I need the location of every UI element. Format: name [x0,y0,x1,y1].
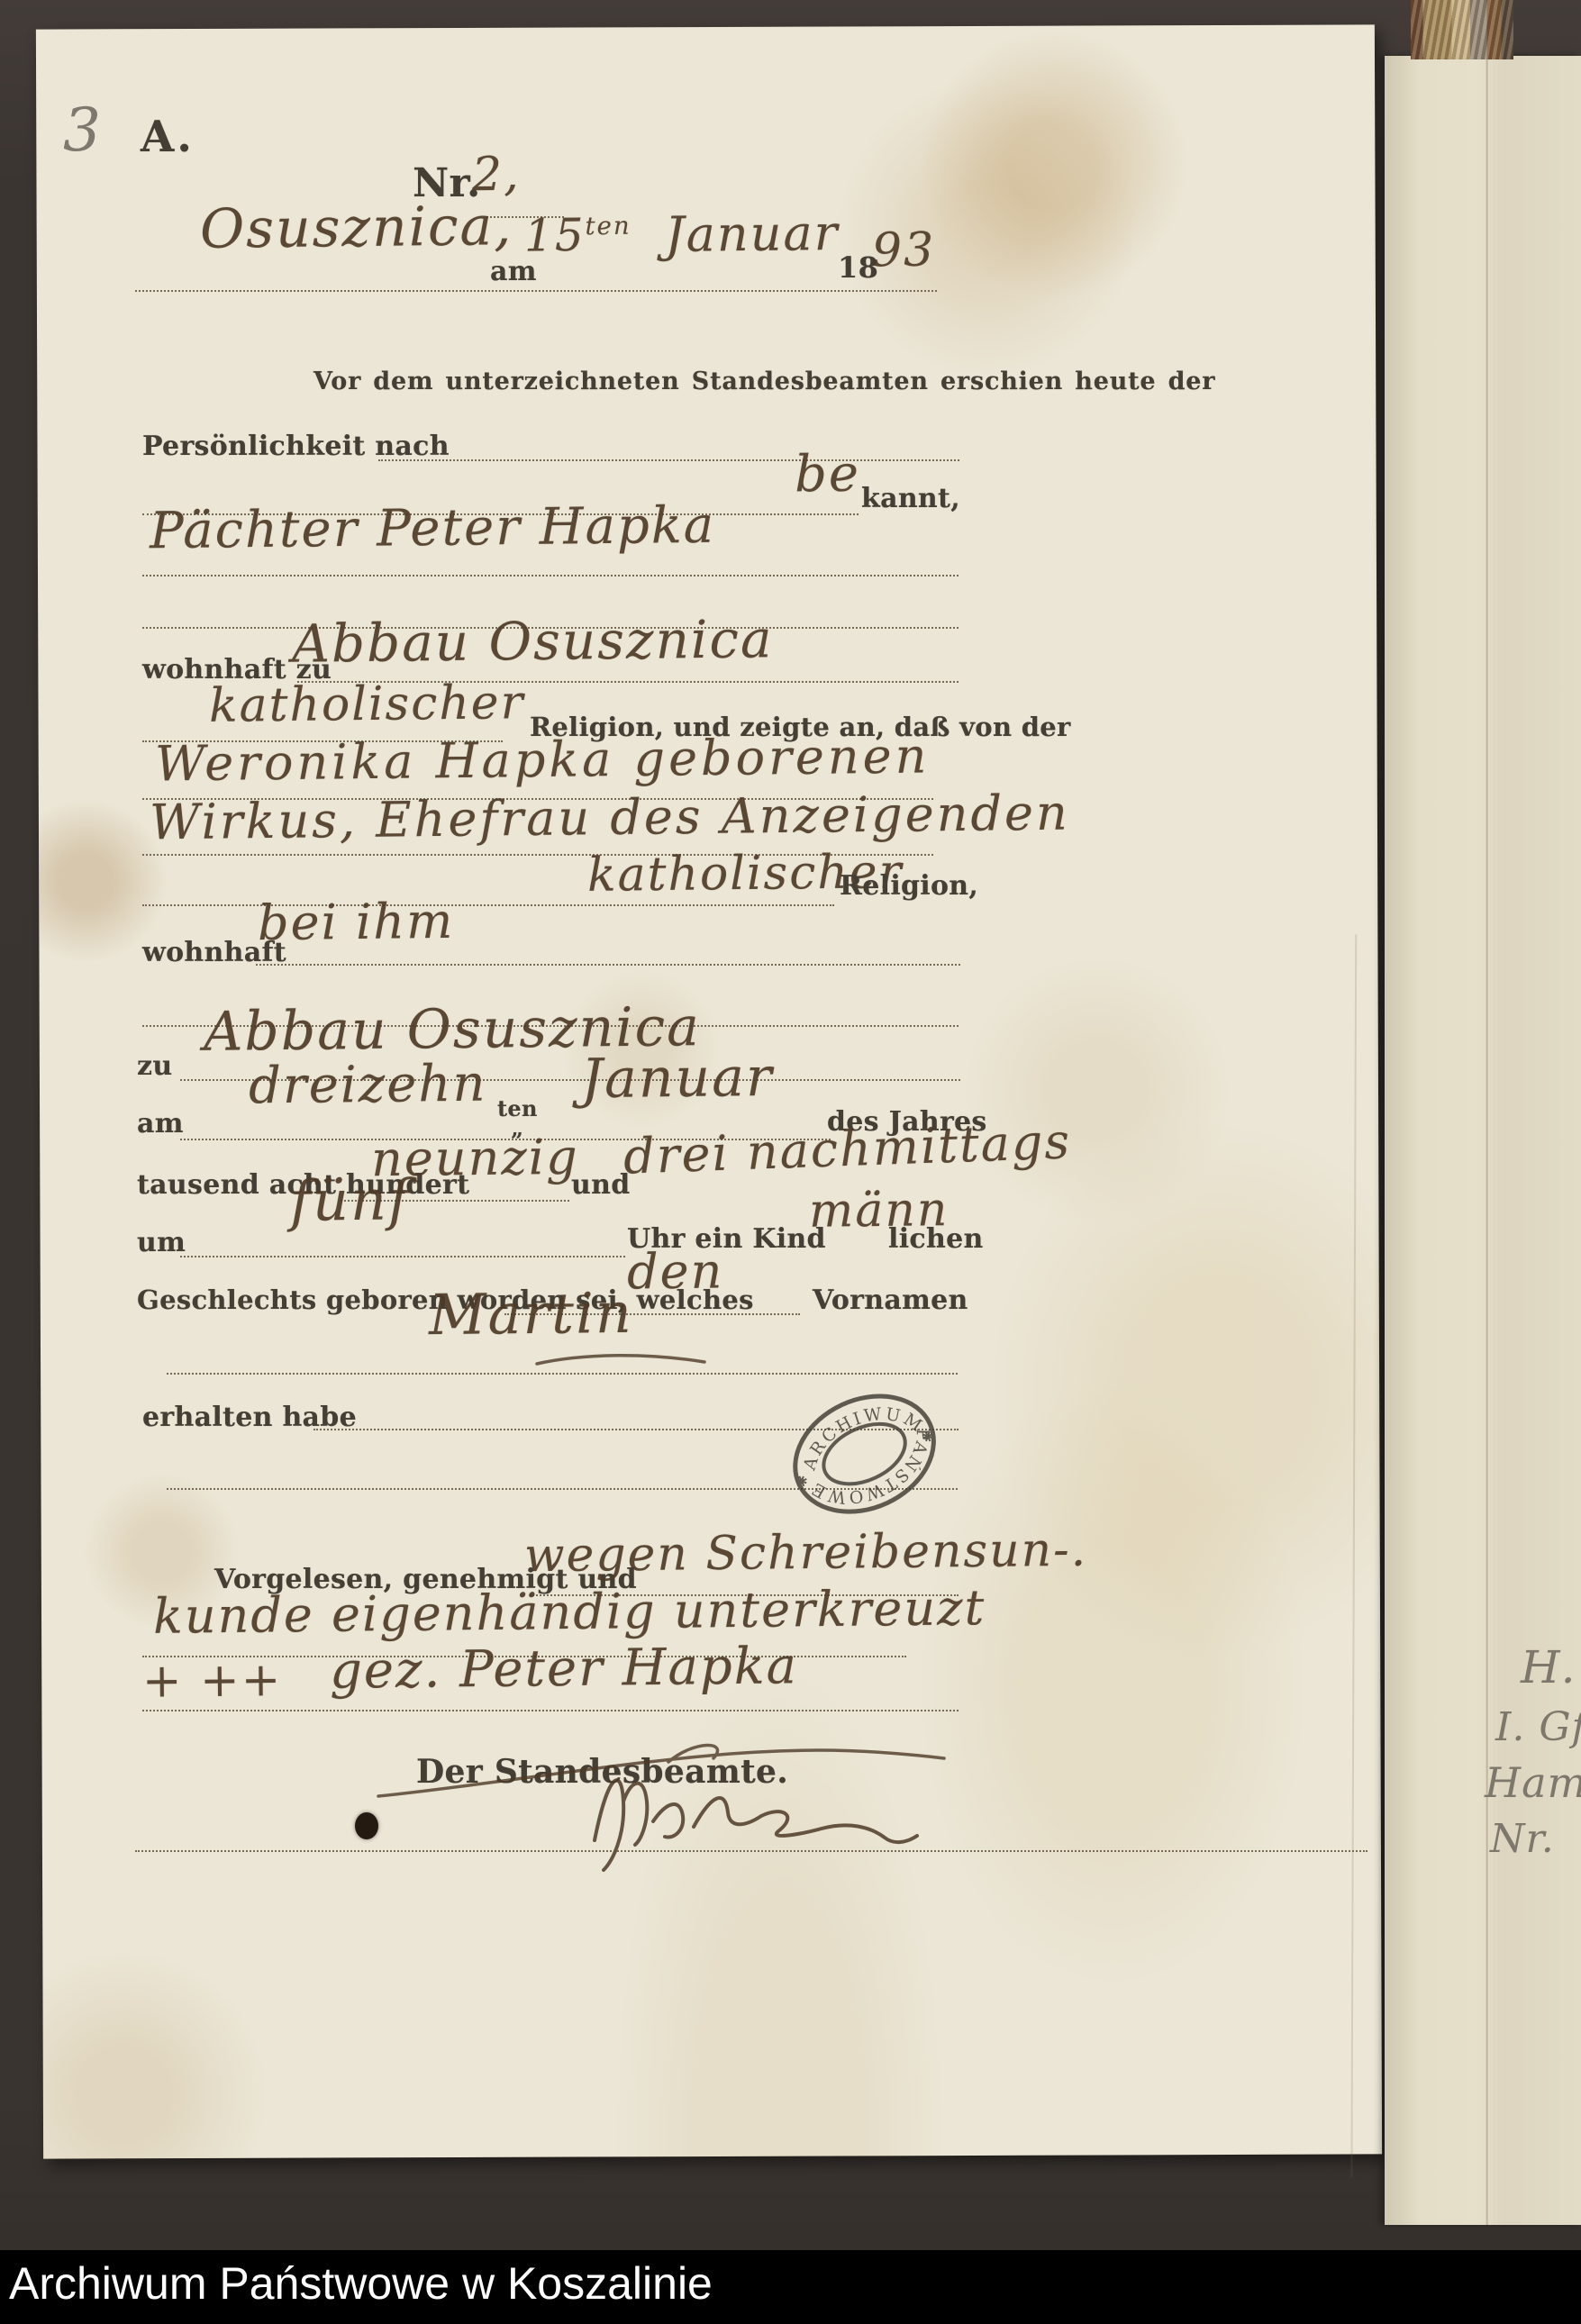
margin-note-4: Nr. [1490,1816,1555,1862]
declarant-name-handwritten: Pächter Peter Hapka [150,496,716,561]
ink-punch-dot [355,1812,378,1839]
hour-handwritten: fünf [290,1167,412,1233]
archive-caption-text: Archiwum Państwowe w Koszalinie [9,2257,713,2310]
den-handwritten: den [627,1242,724,1300]
registrar-signature [568,1755,964,1872]
bei-ihm-handwritten: bei ihm [258,893,455,951]
dotted-line [378,459,959,461]
book-binding-fragment [1411,0,1513,59]
closing-hw-line1: wegen Schreibensun-. [524,1523,1088,1584]
illiterate-crosses-handwritten: + ++ [142,1653,283,1709]
dotted-line [142,904,834,906]
closing-hw-line2: kunde eigenhändig unterkreuzt [153,1579,986,1645]
date-day-handwritten: 15ten [524,208,631,261]
record-number-value-handwritten: 2, [472,148,521,203]
margin-note-1: H. [1521,1641,1576,1693]
margin-note-2: I. Gf [1495,1704,1581,1750]
religion1-handwritten: katholischer [209,676,525,733]
um-label: um [137,1227,186,1258]
birth-month-handwritten: Januar [581,1046,774,1111]
form-letter-a: A. [141,112,195,162]
child-name-handwritten: Martin [429,1280,634,1348]
dotted-line [256,964,960,966]
mother-maiden-handwritten: Wirkus, Ehefrau des Anzeigenden [150,785,1070,851]
place-handwritten: Osusznica, [200,195,513,261]
dotted-line [142,575,959,576]
residence-handwritten: Abbau Osusznica [292,608,774,675]
date-month-handwritten: Januar [665,204,840,263]
mother-name-handwritten: Weronika Hapka geborenen [155,727,931,792]
child-name-underline-stroke [532,1349,712,1371]
dotted-line [135,290,937,292]
am2-label: am [137,1108,184,1139]
intro-line: Vor dem unterzeichneten Standesbeamten e… [313,368,1215,395]
persoenlichkeit-label: Persönlichkeit nach [142,431,450,462]
dotted-line [180,1256,625,1257]
gender-suffix-label: lichen [888,1223,984,1255]
day-number: 15 [524,209,586,262]
dotted-line [167,1373,958,1375]
dotted-line [135,1850,1367,1852]
gez-name-handwritten: gez. Peter Hapka [330,1637,799,1700]
birth-day-handwritten: dreizehn [249,1055,487,1116]
vornamen-label: Vornamen [813,1285,968,1316]
archive-caption-bar: Archiwum Państwowe w Koszalinie [0,2250,1581,2324]
und-label: und [571,1169,631,1201]
kannt-label: kannt, [861,483,960,514]
page-fold-crease [1350,935,1357,2178]
adjacent-page-edge [1385,56,1581,2225]
zu-label: zu [137,1050,172,1082]
dotted-line [142,1710,959,1711]
corner-number-handwritten: 3 [63,95,102,165]
year-handwritten: 93 [872,223,936,278]
archival-scan-scene: 3 A. Nr. 2, Osusznica, am 15ten Januar 1… [0,0,1581,2324]
margin-note-3: Ham [1485,1758,1581,1807]
be-handwritten: be [795,445,861,504]
day-suffix: ten [585,212,631,241]
religion2-label: Religion, [840,870,978,902]
adjacent-page-crease [1486,56,1488,2225]
